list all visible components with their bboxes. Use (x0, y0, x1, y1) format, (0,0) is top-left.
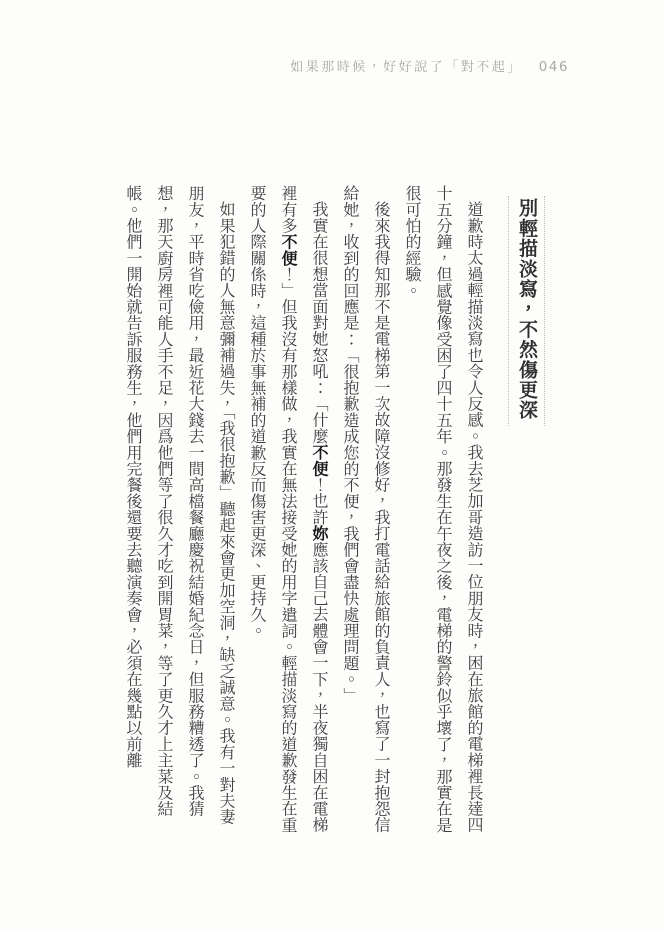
text-segment: ！也許 (310, 476, 327, 525)
text-segment: 我實在很想當面對她怒吼：「什麼 (310, 201, 327, 444)
book-page: 如果那時候，好好說了「對不起」 046 別輕描淡寫，不然傷更深 道歉時太過輕描淡… (0, 0, 663, 932)
paragraph: 道歉時太過輕描淡寫也令人反感。我去芝加哥造訪一位朋友時，困在旅館的電梯裡長達四十… (396, 185, 489, 833)
page-header: 如果那時候，好好說了「對不起」 046 (290, 56, 569, 75)
section-title: 別輕描淡寫，不然傷更深 (508, 196, 545, 426)
text-segment: 後來我得知那不是電梯第一次故障沒修好，我打電話給旅館的負責人，也寫了一封抱怨信給… (341, 185, 389, 833)
paragraph: 如果犯錯的人無意彌補過失，「我很抱歉」聽起來會更加空洞，缺乏誠意。我有一對夫妻朋… (117, 185, 241, 833)
paragraph: 我實在很想當面對她怒吼：「什麼不便！也許妳應該自己去體會一下，半夜獨自困在電梯裡… (241, 185, 334, 833)
emphasized-text: 不便 (310, 444, 327, 476)
text-segment: 道歉時太過輕描淡寫也令人反感。我去芝加哥造訪一位朋友時，困在旅館的電梯裡長達四十… (403, 185, 482, 833)
page-number: 046 (539, 59, 569, 75)
emphasized-text: 不便 (279, 234, 296, 266)
paragraph: 後來我得知那不是電梯第一次故障沒修好，我打電話給旅館的負責人，也寫了一封抱怨信給… (334, 185, 396, 833)
text-segment: ！」但我沒有那樣做，我實在無法接受她的用字遣詞。輕描淡寫的道歉發生在重要的人際關… (248, 185, 296, 833)
running-title: 如果那時候，好好說了「對不起」 (290, 56, 523, 75)
text-segment: 如果犯錯的人無意彌補過失，「我很抱歉」聽起來會更加空洞，缺乏誠意。我有一對夫妻朋… (124, 185, 234, 825)
body-text: 道歉時太過輕描淡寫也令人反感。我去芝加哥造訪一位朋友時，困在旅館的電梯裡長達四十… (117, 185, 489, 833)
emphasized-text: 妳 (310, 525, 327, 541)
